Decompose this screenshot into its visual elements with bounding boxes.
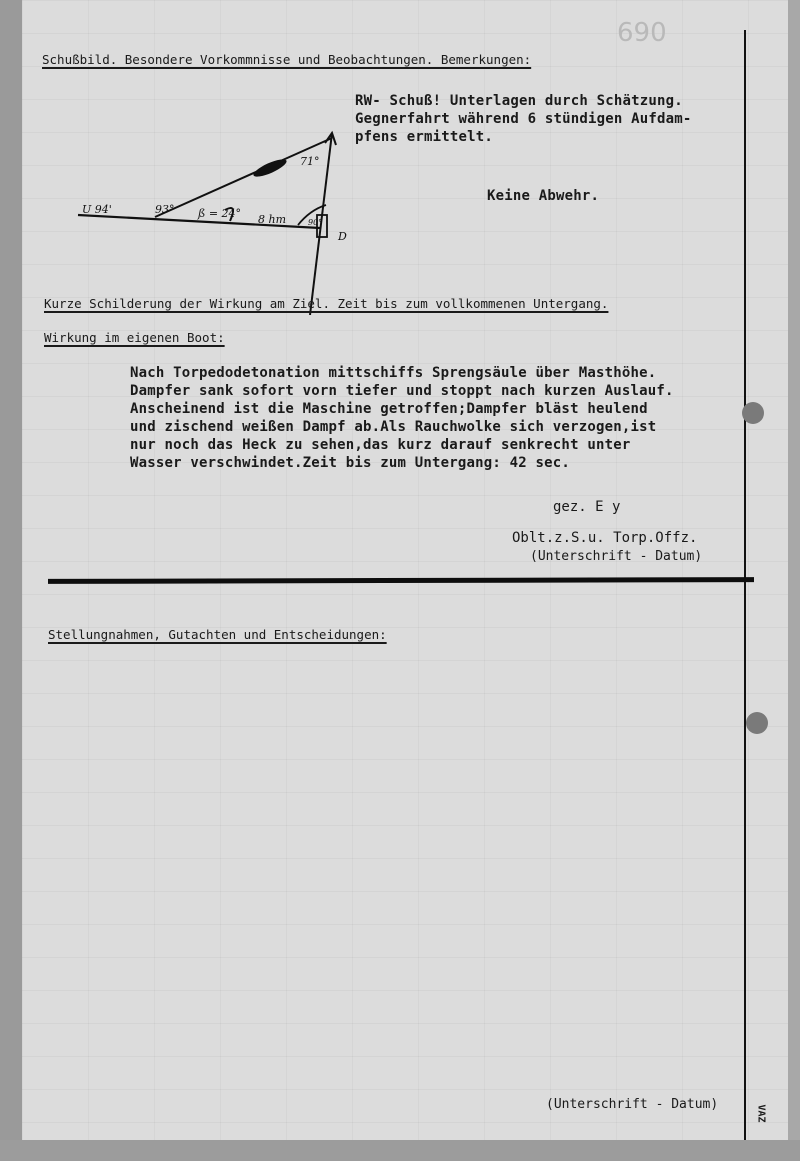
margin-rule bbox=[744, 30, 746, 1140]
bleed-through-number: 690 bbox=[617, 18, 667, 48]
effect-line: Dampfer sank sofort vorn tiefer und stop… bbox=[130, 383, 674, 399]
effect-line: und zischend weißen Dampf ab.Als Rauchwo… bbox=[130, 419, 656, 435]
bottom-signature-caption: (Unterschrift - Datum) bbox=[546, 1097, 718, 1112]
schussbild-heading: Schußbild. Besondere Vorkommnisse und Be… bbox=[42, 52, 531, 67]
label-distance: 8 hm bbox=[258, 213, 286, 226]
punch-hole-bottom bbox=[746, 712, 768, 734]
label-target: D bbox=[337, 230, 347, 243]
remarks-line: Gegnerfahrt während 6 stündigen Aufdam- bbox=[355, 111, 692, 127]
effect-line: nur noch das Heck zu sehen,das kurz dara… bbox=[130, 437, 630, 453]
label-target-course: 71° bbox=[300, 155, 320, 168]
label-bearing: 93° bbox=[155, 203, 175, 216]
own-boat-heading: Wirkung im eigenen Boot: bbox=[44, 330, 225, 345]
label-u-boat: U 94' bbox=[82, 203, 112, 216]
decisions-heading: Stellungnahmen, Gutachten und Entscheidu… bbox=[48, 627, 387, 642]
label-angle: ß = 24° bbox=[197, 207, 241, 220]
edge-mark: VAZ bbox=[756, 1104, 767, 1122]
shot-diagram: U 94' 93° ß = 24° 71° 8 hm 90° D bbox=[70, 125, 370, 315]
scan-left-shadow bbox=[0, 0, 22, 1161]
effect-text: Nach Torpedodetonation mittschiffs Spren… bbox=[130, 364, 674, 472]
remarks-text: RW- Schuß! Unterlagen durch Schätzung. G… bbox=[355, 92, 692, 146]
effect-line: Wasser verschwindet.Zeit bis zum Unterga… bbox=[130, 455, 570, 471]
effect-line: Nach Torpedodetonation mittschiffs Spren… bbox=[130, 365, 656, 381]
remarks-line: pfens ermittelt. bbox=[355, 129, 493, 145]
signature-gez: gez. E y bbox=[553, 499, 620, 515]
signature-caption: (Unterschrift - Datum) bbox=[530, 549, 702, 564]
punch-hole-top bbox=[742, 402, 764, 424]
no-defense-text: Keine Abwehr. bbox=[487, 187, 599, 205]
signature-rank: Oblt.z.S.u. Torp.Offz. bbox=[512, 530, 697, 546]
effect-line: Anscheinend ist die Maschine getroffen;D… bbox=[130, 401, 648, 417]
scan-right-edge bbox=[788, 0, 800, 1161]
effect-heading: Kurze Schilderung der Wirkung am Ziel. Z… bbox=[44, 296, 608, 311]
remarks-line: RW- Schuß! Unterlagen durch Schätzung. bbox=[355, 93, 683, 109]
label-right-angle: 90° bbox=[308, 218, 322, 227]
scan-bottom-edge bbox=[0, 1140, 800, 1161]
